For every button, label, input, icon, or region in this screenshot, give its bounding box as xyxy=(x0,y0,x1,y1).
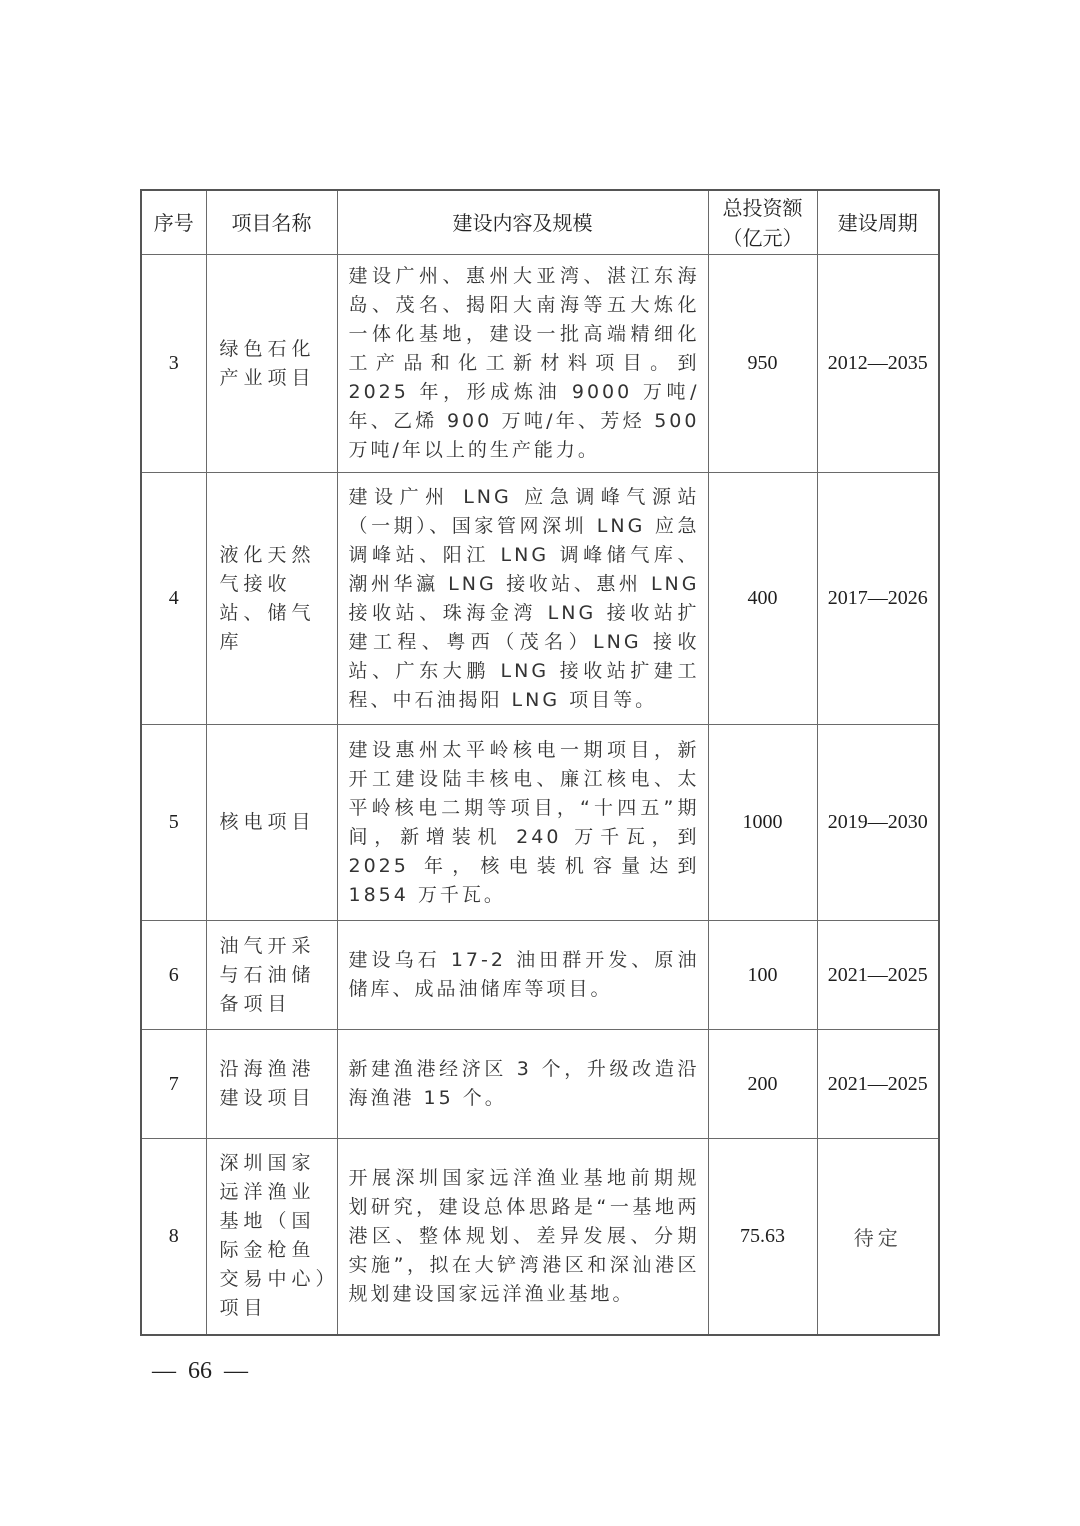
row-period: 2021—2025 xyxy=(817,921,939,1030)
header-seq: 序号 xyxy=(141,190,206,255)
header-period: 建设周期 xyxy=(817,190,939,255)
row-content: 建设广州 LNG 应急调峰气源站（一期）、国家管网深圳 LNG 应急调峰站、阳江… xyxy=(337,473,708,725)
row-period: 2021—2025 xyxy=(817,1030,939,1139)
page-number: — 66 — xyxy=(152,1358,248,1385)
row-name: 油气开采与石油储备项目 xyxy=(206,921,337,1030)
header-investment: 总投资额 （亿元） xyxy=(708,190,817,255)
row-period: 2012—2035 xyxy=(817,255,939,473)
row-investment: 100 xyxy=(708,921,817,1030)
row-content: 建设惠州太平岭核电一期项目，新开工建设陆丰核电、廉江核电、太平岭核电二期等项目，… xyxy=(337,725,708,921)
row-investment: 200 xyxy=(708,1030,817,1139)
row-name: 核电项目 xyxy=(206,725,337,921)
table-row: 3绿色石化产业项目建设广州、惠州大亚湾、湛江东海岛、茂名、揭阳大南海等五大炼化一… xyxy=(141,255,939,473)
row-seq: 4 xyxy=(141,473,206,725)
table-row: 4液化天然气接收站、储气库建设广州 LNG 应急调峰气源站（一期）、国家管网深圳… xyxy=(141,473,939,725)
row-seq: 8 xyxy=(141,1139,206,1335)
row-content: 建设乌石 17-2 油田群开发、原油储库、成品油储库等项目。 xyxy=(337,921,708,1030)
row-period: 2019—2030 xyxy=(817,725,939,921)
row-content: 建设广州、惠州大亚湾、湛江东海岛、茂名、揭阳大南海等五大炼化一体化基地，建设一批… xyxy=(337,255,708,473)
header-investment-line2: （亿元） xyxy=(709,223,817,253)
table-body: 3绿色石化产业项目建设广州、惠州大亚湾、湛江东海岛、茂名、揭阳大南海等五大炼化一… xyxy=(141,255,939,1335)
row-content: 新建渔港经济区 3 个，升级改造沿海渔港 15 个。 xyxy=(337,1030,708,1139)
table-row: 6油气开采与石油储备项目建设乌石 17-2 油田群开发、原油储库、成品油储库等项… xyxy=(141,921,939,1030)
header-name: 项目名称 xyxy=(206,190,337,255)
row-name: 深圳国家远洋渔业基地（国际金枪鱼交易中心）项目 xyxy=(206,1139,337,1335)
table-row: 5核电项目建设惠州太平岭核电一期项目，新开工建设陆丰核电、廉江核电、太平岭核电二… xyxy=(141,725,939,921)
row-investment: 75.63 xyxy=(708,1139,817,1335)
row-seq: 6 xyxy=(141,921,206,1030)
row-content: 开展深圳国家远洋渔业基地前期规划研究，建设总体思路是“一基地两港区、整体规划、差… xyxy=(337,1139,708,1335)
row-period: 待定 xyxy=(817,1139,939,1335)
project-table: 序号 项目名称 建设内容及规模 总投资额 （亿元） 建设周期 3绿色石化产业项目… xyxy=(140,189,940,1336)
row-seq: 5 xyxy=(141,725,206,921)
header-investment-line1: 总投资额 xyxy=(709,193,817,223)
header-content: 建设内容及规模 xyxy=(337,190,708,255)
row-seq: 3 xyxy=(141,255,206,473)
table-row: 8深圳国家远洋渔业基地（国际金枪鱼交易中心）项目开展深圳国家远洋渔业基地前期规划… xyxy=(141,1139,939,1335)
row-investment: 950 xyxy=(708,255,817,473)
row-name: 沿海渔港建设项目 xyxy=(206,1030,337,1139)
row-investment: 1000 xyxy=(708,725,817,921)
row-seq: 7 xyxy=(141,1030,206,1139)
table-header-row: 序号 项目名称 建设内容及规模 总投资额 （亿元） 建设周期 xyxy=(141,190,939,255)
table-row: 7沿海渔港建设项目新建渔港经济区 3 个，升级改造沿海渔港 15 个。20020… xyxy=(141,1030,939,1139)
row-investment: 400 xyxy=(708,473,817,725)
row-name: 液化天然气接收站、储气库 xyxy=(206,473,337,725)
row-name: 绿色石化产业项目 xyxy=(206,255,337,473)
row-period: 2017—2026 xyxy=(817,473,939,725)
